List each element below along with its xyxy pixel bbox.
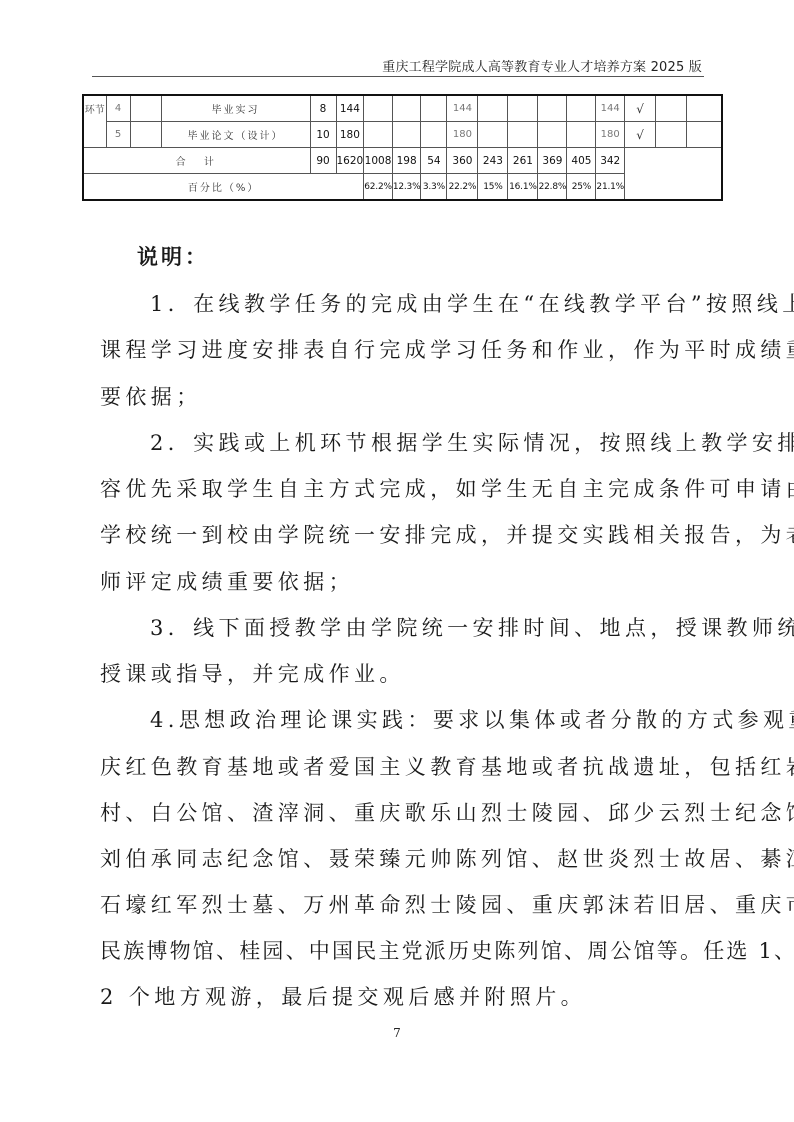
percent-value: 25% (567, 174, 596, 201)
cell (687, 95, 722, 122)
row-number: 5 (106, 122, 130, 148)
percent-value: 22.2% (447, 174, 478, 201)
cell (567, 95, 596, 122)
note-line: 学校统一到校由学院统一安排完成，并提交实践相关报告，为老 (100, 521, 700, 549)
check-mark: √ (625, 122, 656, 148)
cell (656, 122, 687, 148)
cell (656, 95, 687, 122)
table-row: 5 毕业论文（设计） 10 180 180 180 √ (83, 122, 722, 148)
semester-hours: 144 (596, 95, 625, 122)
note-line: 民族博物馆、桂园、中国民主党派历史陈列馆、周公馆等。任选 1、 (100, 937, 700, 965)
header-divider (92, 76, 704, 77)
percent-value: 62.2% (364, 174, 393, 201)
note-line: 2 个地方观游，最后提交观后感并附照片。 (100, 983, 700, 1011)
notes-heading: 说明： (137, 243, 737, 271)
cell (538, 95, 567, 122)
total-value: 405 (567, 148, 596, 174)
course-name: 毕业实习 (161, 95, 310, 122)
note-line: 课程学习进度安排表自行完成学习任务和作业，作为平时成绩重 (100, 336, 700, 364)
note-line: 要依据； (100, 383, 700, 411)
total-value: 261 (508, 148, 538, 174)
cell (421, 95, 447, 122)
total-credits: 90 (310, 148, 336, 174)
total-hours: 180 (336, 122, 364, 148)
cell (478, 122, 508, 148)
course-code (130, 95, 161, 122)
note-line: 师评定成绩重要依据； (100, 568, 700, 596)
total-value: 198 (392, 148, 421, 174)
cell (478, 95, 508, 122)
cell (392, 122, 421, 148)
note-line: 刘伯承同志纪念馆、聂荣臻元帅陈列馆、赵世炎烈士故居、綦江 (100, 845, 700, 873)
note-line: 1．在线教学任务的完成由学生在“在线教学平台”按照线上 (150, 290, 750, 318)
course-code (130, 122, 161, 148)
total-hours: 1620 (336, 148, 364, 174)
note-line: 授课或指导，并完成作业。 (100, 660, 700, 688)
total-label: 合 计 (83, 148, 310, 174)
note-line: 4.思想政治理论课实践：要求以集体或者分散的方式参观重 (150, 706, 750, 734)
note-line: 3．线下面授教学由学院统一安排时间、地点，授课教师统一 (150, 614, 750, 642)
percent-value: 21.1% (596, 174, 625, 201)
credits: 10 (310, 122, 336, 148)
practice-hours: 180 (447, 122, 478, 148)
table-row: 环节 4 毕业实习 8 144 144 144 √ (83, 95, 722, 122)
blank-cell (625, 148, 722, 201)
total-value: 360 (447, 148, 478, 174)
total-value: 369 (538, 148, 567, 174)
total-row: 合 计 90 1620 1008 198 54 360 243 261 369 … (83, 148, 722, 174)
page-number: 7 (0, 1026, 794, 1040)
credits: 8 (310, 95, 336, 122)
practice-hours: 144 (447, 95, 478, 122)
percent-value: 3.3% (421, 174, 447, 201)
percent-value: 16.1% (508, 174, 538, 201)
percent-label: 百分比（%） (83, 174, 364, 201)
note-line: 庆红色教育基地或者爱国主义教育基地或者抗战遗址，包括红岩 (100, 753, 700, 781)
cell (508, 122, 538, 148)
note-line: 2．实践或上机环节根据学生实际情况，按照线上教学安排内 (150, 429, 750, 457)
cell (538, 122, 567, 148)
cell (508, 95, 538, 122)
percent-value: 22.8% (538, 174, 567, 201)
total-value: 342 (596, 148, 625, 174)
segment-cell: 环节 (83, 95, 106, 148)
check-mark: √ (625, 95, 656, 122)
semester-hours: 180 (596, 122, 625, 148)
percent-value: 15% (478, 174, 508, 201)
total-value: 1008 (364, 148, 393, 174)
note-line: 石壕红军烈士墓、万州革命烈士陵园、重庆郭沫若旧居、重庆市 (100, 891, 700, 919)
cell (687, 122, 722, 148)
percent-value: 12.3% (392, 174, 421, 201)
cell (421, 122, 447, 148)
cell (364, 122, 393, 148)
cell (392, 95, 421, 122)
note-line: 容优先采取学生自主方式完成，如学生无自主完成条件可申请由 (100, 475, 700, 503)
total-hours: 144 (336, 95, 364, 122)
page-header-title: 重庆工程学院成人高等教育专业人才培养方案 2025 版 (382, 56, 702, 75)
row-number: 4 (106, 95, 130, 122)
curriculum-table: 环节 4 毕业实习 8 144 144 144 √ 5 毕业论文（设计） 10 … (82, 94, 723, 201)
cell (567, 122, 596, 148)
total-value: 54 (421, 148, 447, 174)
note-line: 村、白公馆、渣滓洞、重庆歌乐山烈士陵园、邱少云烈士纪念馆、 (100, 799, 700, 827)
cell (364, 95, 393, 122)
course-name: 毕业论文（设计） (161, 122, 310, 148)
total-value: 243 (478, 148, 508, 174)
